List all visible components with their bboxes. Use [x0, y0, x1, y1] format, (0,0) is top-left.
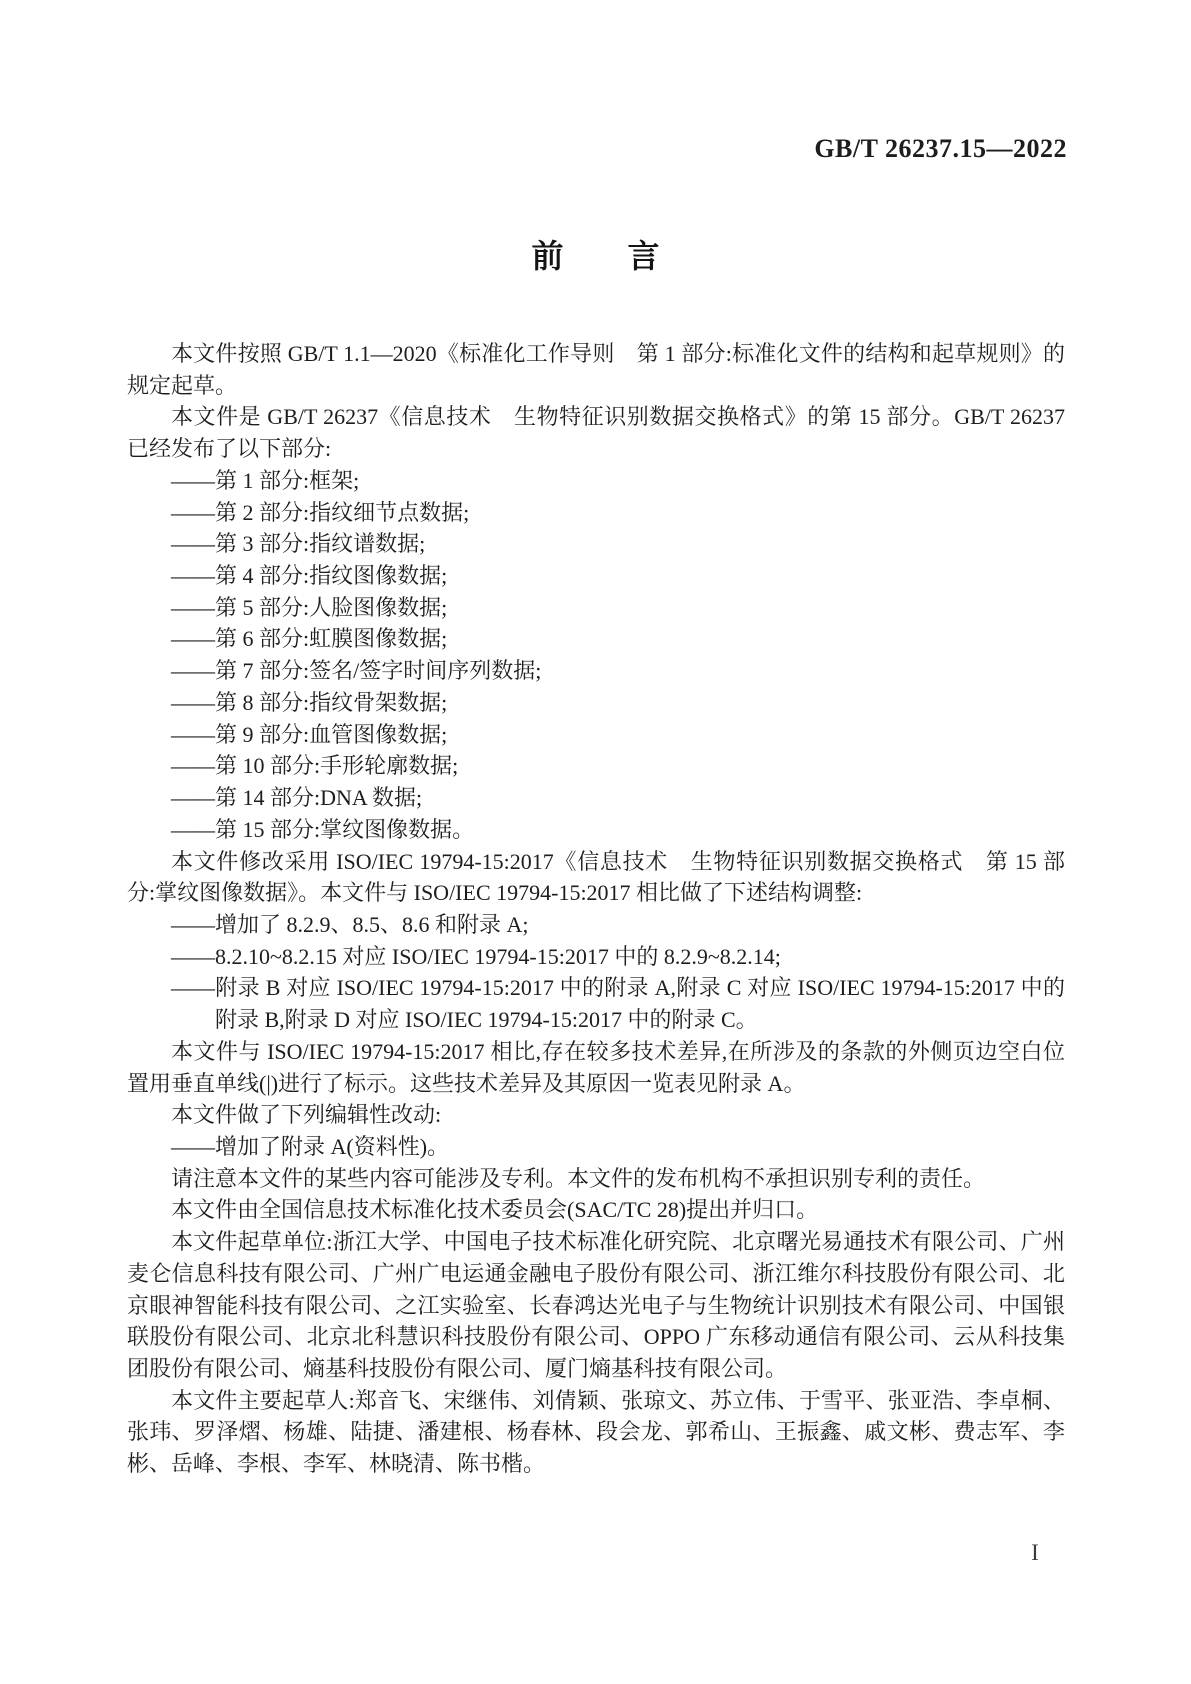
standard-number: GB/T 26237.15—2022 — [814, 134, 1067, 164]
foreword-title: 前 言 — [0, 231, 1191, 277]
list-item: ——第 7 部分:签名/签字时间序列数据; — [127, 655, 1065, 687]
list-item: ——第 15 部分:掌纹图像数据。 — [127, 814, 1065, 846]
list-item: ——8.2.10~8.2.15 对应 ISO/IEC 19794-15:2017… — [127, 941, 1065, 973]
list-item: ——增加了附录 A(资料性)。 — [127, 1131, 1065, 1163]
list-item: ——第 14 部分:DNA 数据; — [127, 782, 1065, 814]
paragraph: 本文件做了下列编辑性改动: — [127, 1099, 1065, 1131]
paragraph: 本文件起草单位:浙江大学、中国电子技术标准化研究院、北京曙光易通技术有限公司、广… — [127, 1226, 1065, 1385]
paragraph: 本文件修改采用 ISO/IEC 19794-15:2017《信息技术 生物特征识… — [127, 846, 1065, 909]
list-item: ——第 3 部分:指纹谱数据; — [127, 528, 1065, 560]
list-item: ——第 8 部分:指纹骨架数据; — [127, 687, 1065, 719]
page-number: I — [1020, 1540, 1050, 1566]
list-item: ——增加了 8.2.9、8.5、8.6 和附录 A; — [127, 909, 1065, 941]
list-item: ——附录 B 对应 ISO/IEC 19794-15:2017 中的附录 A,附… — [127, 972, 1065, 1035]
list-item: ——第 1 部分:框架; — [127, 465, 1065, 497]
document-page: GB/T 26237.15—2022 前 言 本文件按照 GB/T 1.1—20… — [0, 0, 1191, 1684]
paragraph: 请注意本文件的某些内容可能涉及专利。本文件的发布机构不承担识别专利的责任。 — [127, 1163, 1065, 1195]
list-item: ——第 6 部分:虹膜图像数据; — [127, 623, 1065, 655]
paragraph: 本文件主要起草人:郑音飞、宋继伟、刘倩颖、张琼文、苏立伟、于雪平、张亚浩、李卓桐… — [127, 1385, 1065, 1480]
list-item: ——第 5 部分:人脸图像数据; — [127, 592, 1065, 624]
list-item: ——第 2 部分:指纹细节点数据; — [127, 497, 1065, 529]
paragraph: 本文件按照 GB/T 1.1—2020《标准化工作导则 第 1 部分:标准化文件… — [127, 338, 1065, 401]
foreword-body: 本文件按照 GB/T 1.1—2020《标准化工作导则 第 1 部分:标准化文件… — [127, 338, 1065, 1480]
paragraph: 本文件由全国信息技术标准化技术委员会(SAC/TC 28)提出并归口。 — [127, 1194, 1065, 1226]
paragraph: 本文件与 ISO/IEC 19794-15:2017 相比,存在较多技术差异,在… — [127, 1036, 1065, 1099]
list-item: ——第 10 部分:手形轮廓数据; — [127, 750, 1065, 782]
list-item: ——第 9 部分:血管图像数据; — [127, 719, 1065, 751]
list-item: ——第 4 部分:指纹图像数据; — [127, 560, 1065, 592]
paragraph: 本文件是 GB/T 26237《信息技术 生物特征识别数据交换格式》的第 15 … — [127, 401, 1065, 464]
